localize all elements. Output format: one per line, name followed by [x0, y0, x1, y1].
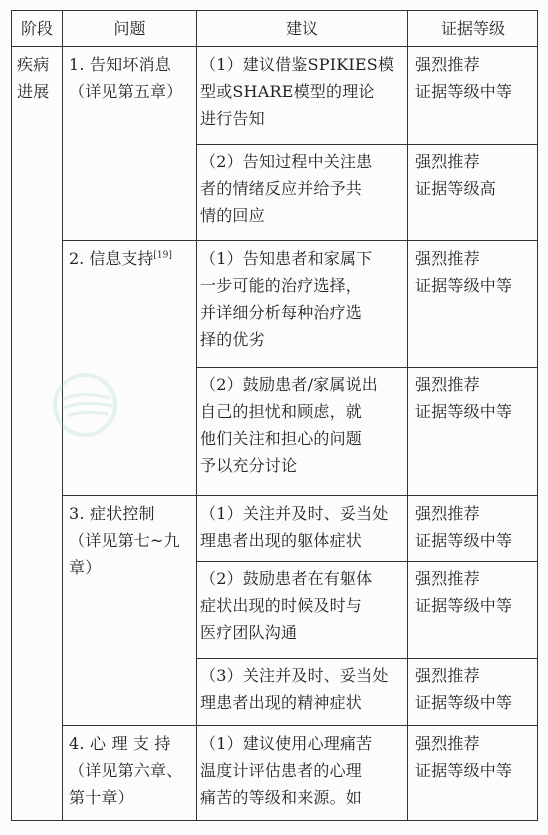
row-divider — [196, 367, 537, 368]
issue-cell: 2. 信息支持[19] — [69, 245, 196, 272]
row-divider — [196, 144, 537, 145]
advice-cell: （2）告知过程中关注患 者的情绪反应并给予共 情的回应 — [200, 148, 407, 229]
stage-cell: 疾病 进展 — [17, 51, 61, 105]
evidence-cell: 强烈推荐 证据等级中等 — [415, 51, 537, 105]
evidence-cell: 强烈推荐 证据等级中等 — [415, 565, 537, 619]
advice-cell: （1）建议使用心理痛苦 温度计评估患者的心理 痛苦的等级和来源。如 — [200, 730, 407, 811]
row-divider — [196, 561, 537, 562]
row-divider — [62, 725, 537, 726]
advice-cell: （1）建议借鉴SPIKIES模 型或SHARE模型的理论 进行告知 — [200, 51, 407, 132]
header-issue: 问题 — [63, 11, 196, 47]
evidence-cell: 强烈推荐 证据等级中等 — [415, 730, 537, 784]
col-divider — [196, 11, 197, 820]
recommendation-table: 阶段 问题 建议 证据等级 疾病 进展 1. 告知坏消息 （详见第五章） 2. … — [11, 10, 538, 821]
evidence-cell: 强烈推荐 证据等级高 — [415, 148, 537, 202]
citation: [19] — [153, 251, 171, 261]
issue-cell: 1. 告知坏消息 （详见第五章） — [69, 51, 196, 105]
col-divider — [407, 11, 408, 820]
evidence-cell: 强烈推荐 证据等级中等 — [415, 662, 537, 716]
header-stage: 阶段 — [12, 11, 62, 47]
col-divider — [62, 11, 63, 820]
evidence-cell: 强烈推荐 证据等级中等 — [415, 245, 537, 299]
row-divider — [62, 495, 537, 496]
advice-cell: （3）关注并及时、妥当处 理患者出现的精神症状 — [200, 662, 407, 716]
advice-cell: （1）关注并及时、妥当处 理患者出现的躯体症状 — [200, 500, 407, 554]
advice-cell: （2）鼓励患者在有躯体 症状出现的时候及时与 医疗团队沟通 — [200, 565, 407, 646]
issue-cell: 3. 症状控制 （详见第七~九 章） — [69, 500, 196, 581]
header-evidence: 证据等级 — [408, 11, 538, 47]
issue-cell: 4. 心 理 支 持 （详见第六章、 第十章） — [69, 730, 196, 811]
evidence-cell: 强烈推荐 证据等级中等 — [415, 371, 537, 425]
row-divider — [196, 658, 537, 659]
row-divider — [62, 240, 537, 241]
header-advice: 建议 — [197, 11, 407, 47]
advice-cell: （2）鼓励患者/家属说出 自己的担忧和顾虑，就 他们关注和担心的问题 予以充分讨… — [200, 371, 407, 479]
evidence-cell: 强烈推荐 证据等级中等 — [415, 500, 537, 554]
issue-label: 2. 信息支持 — [69, 249, 153, 268]
advice-cell: （1）告知患者和家属下 一步可能的治疗选择， 并详细分析每种治疗选 择的优劣 — [200, 245, 407, 353]
